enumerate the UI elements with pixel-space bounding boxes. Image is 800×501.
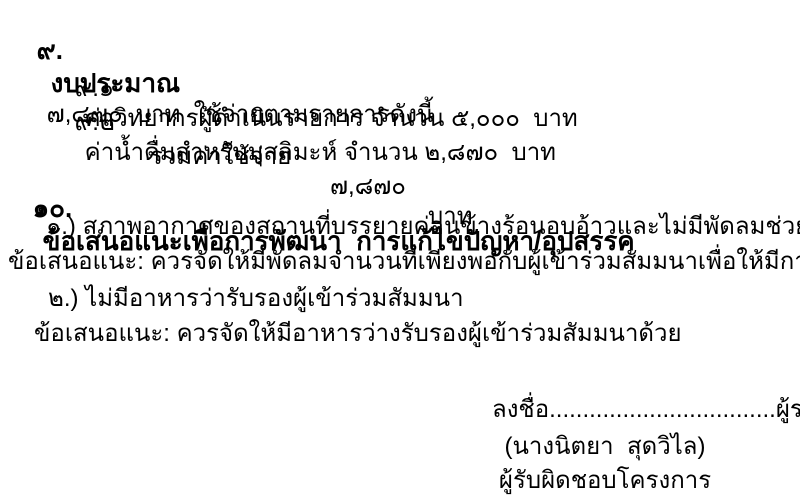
issue-1: ๑.) สภาพอากาศของสถานที่บรรยายค่อนข้างร้อ… bbox=[46, 212, 800, 242]
recommendation-2: ข้อเสนอแนะ: ควรจัดให้มีอาหารว่างรับรองผู… bbox=[34, 319, 682, 349]
issue-2: ๒.) ไม่มีอาหารว่ารับรองผู้เข้าร่วมสัมมนา bbox=[48, 284, 464, 314]
document-page: ๙. งบประมาณ ๗,๘๗๐ บาท ใช้จ่ายตามรายการดั… bbox=[0, 0, 800, 501]
recommendation-1: ข้อเสนอแนะ: ควรจัดให้มีพัดลมจำนวนที่เพีย… bbox=[8, 247, 800, 277]
signature-sign-line: ลงชื่อ..................................… bbox=[492, 395, 800, 425]
budget-total-row: รวมค่าใช้จ่าย ๗,๘๗๐ บาท bbox=[0, 112, 800, 142]
signature-role: ผู้รับผิดชอบโครงการ bbox=[470, 466, 740, 496]
signature-name: (นางนิตยา สุดวิไล) bbox=[470, 432, 740, 462]
